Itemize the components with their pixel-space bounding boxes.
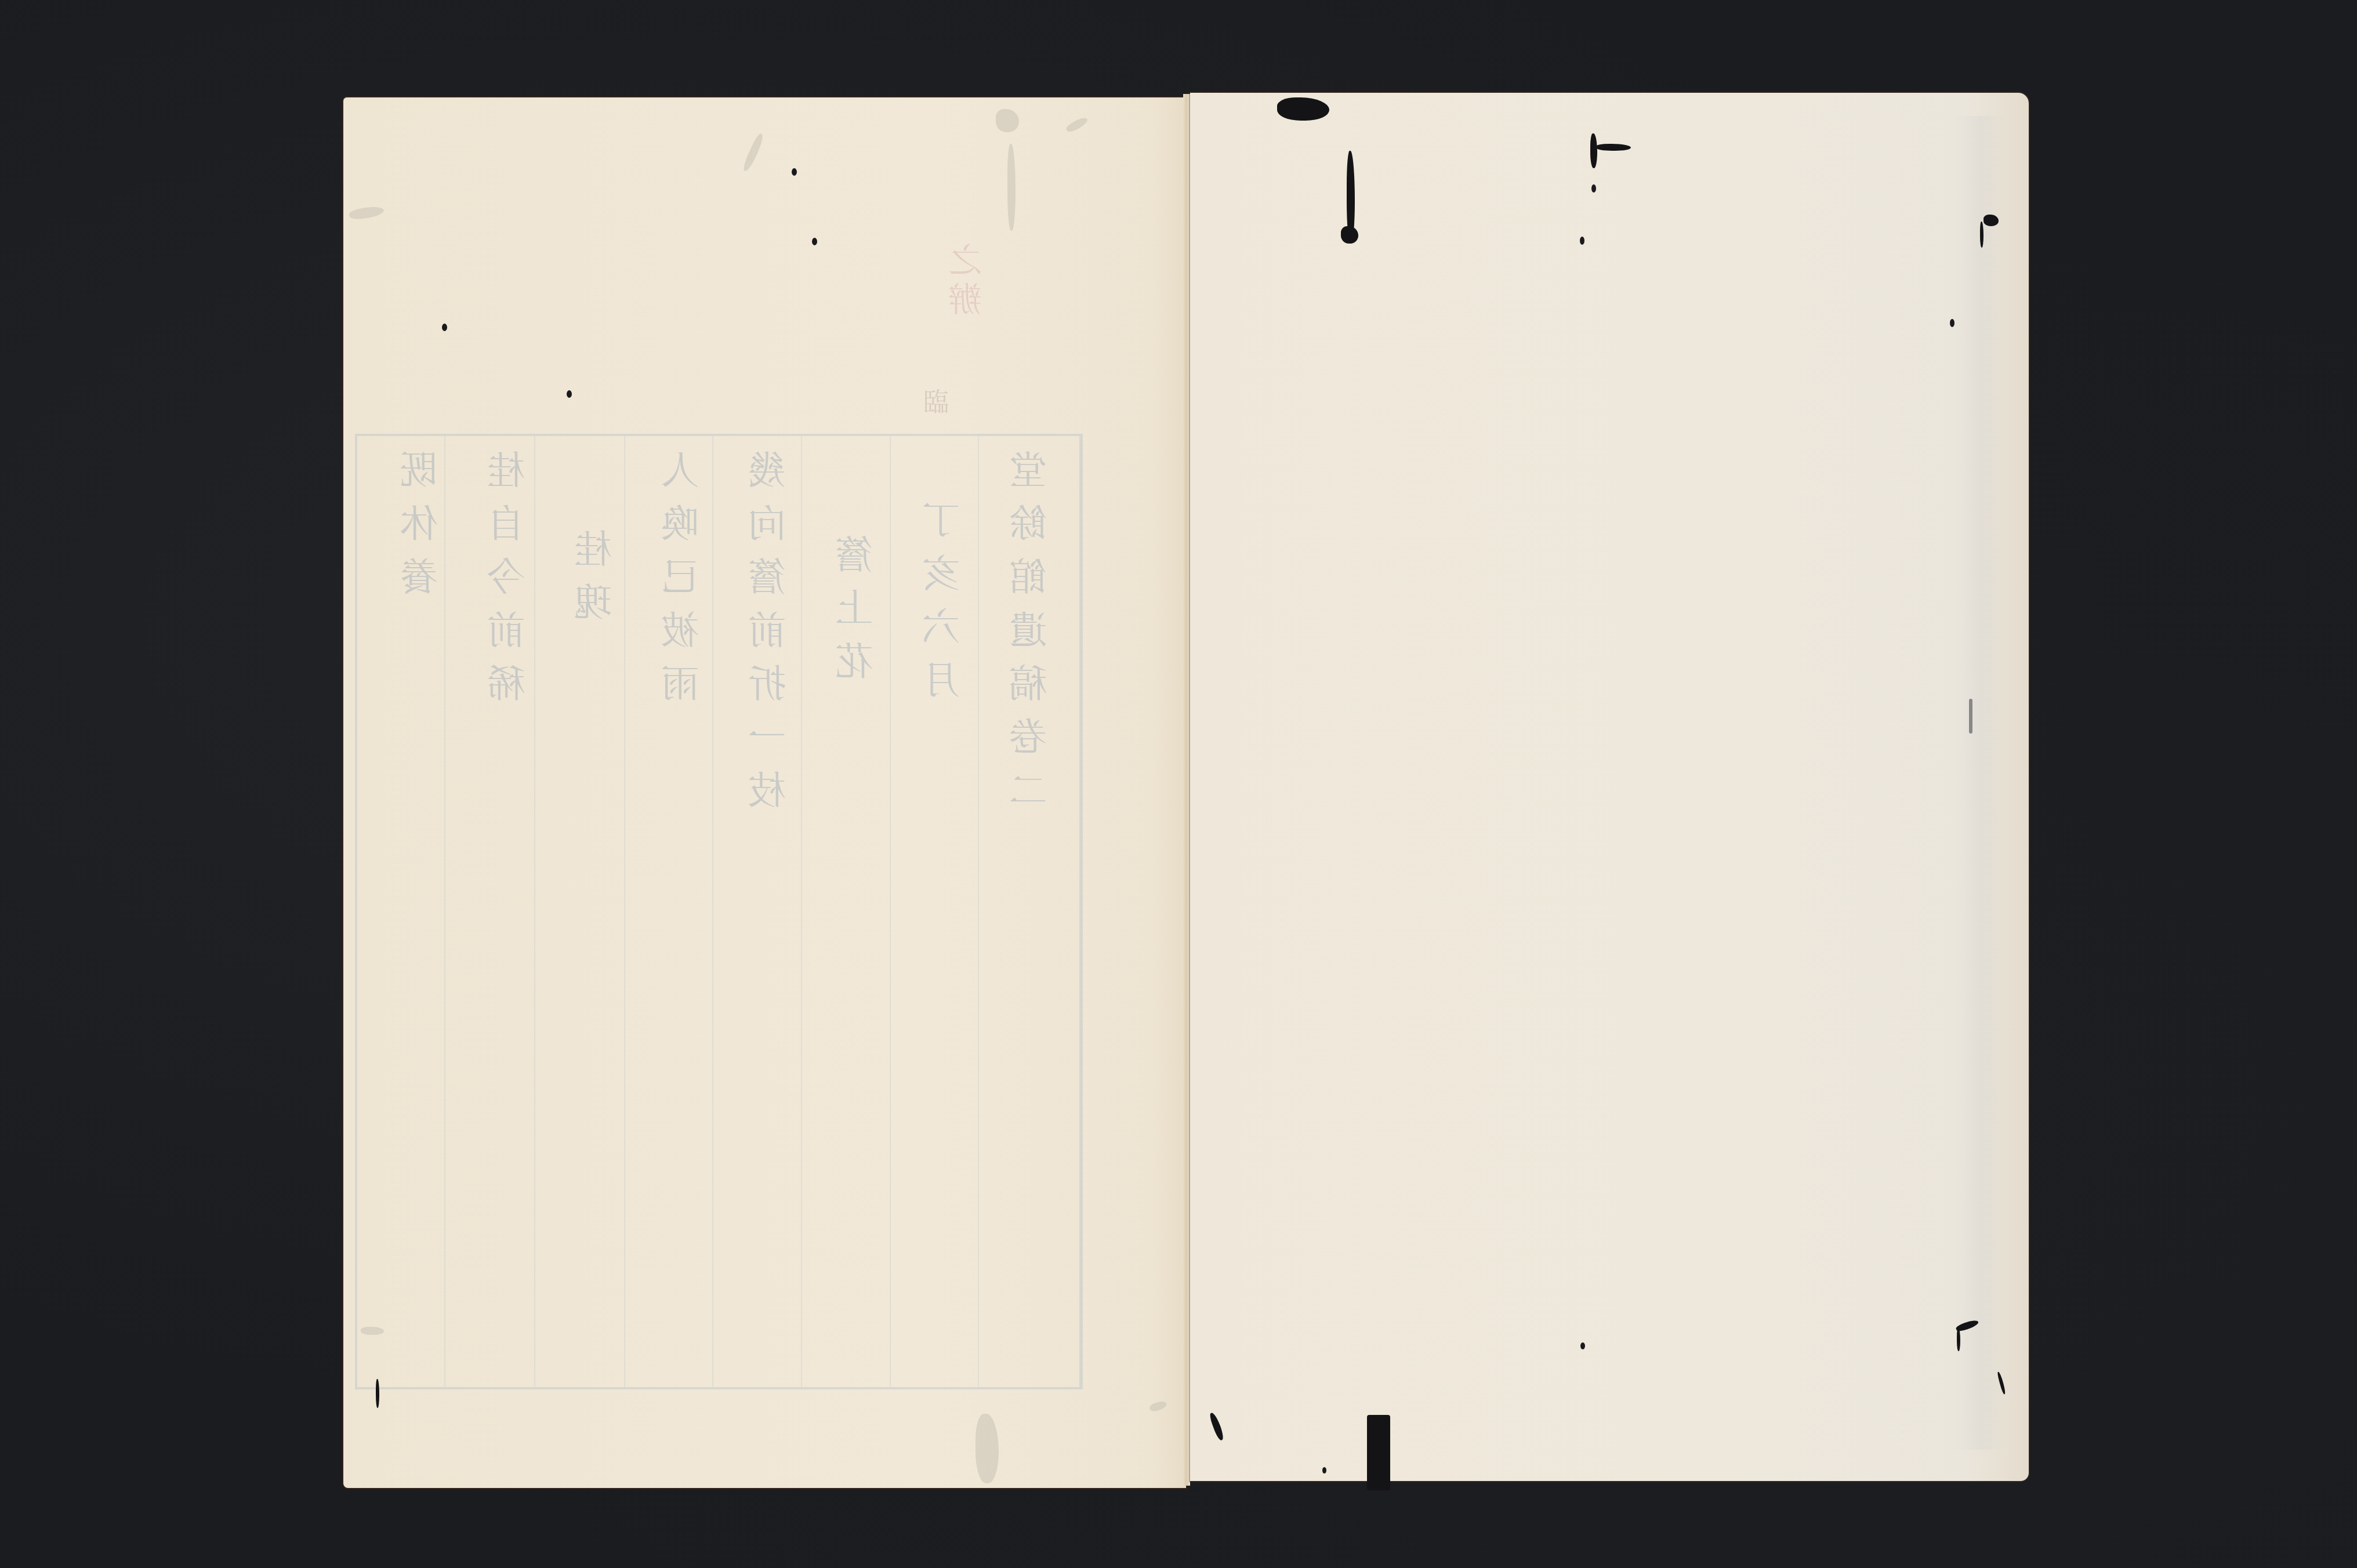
wormhole-trail <box>976 1414 999 1483</box>
wormhole <box>1322 1467 1326 1473</box>
wormhole <box>376 1379 379 1408</box>
column-rule <box>890 436 891 1387</box>
left-page: 之辦 臨 堂餘館遺稿卷二 丁亥六月 簷上花 幾向簷前折一枝 人喚已被雨 桂瑰 桂… <box>343 97 1186 1488</box>
wormhole <box>812 238 817 245</box>
showthrough-shadow <box>1953 116 2006 1450</box>
wormhole <box>1580 237 1584 245</box>
wormhole-trail <box>361 1327 384 1335</box>
wormhole <box>1209 1411 1225 1441</box>
wormhole-trail <box>1065 115 1089 134</box>
wormhole-trail <box>996 109 1019 132</box>
showthrough-column: 桂自今前稀 <box>491 450 529 717</box>
right-page <box>1190 93 2029 1481</box>
showthrough-column: 簷上花 <box>839 535 877 695</box>
column-rule <box>534 436 535 1387</box>
wormhole <box>1591 184 1596 193</box>
small-mark: 臨 <box>923 382 949 419</box>
showthrough-column: 堂餘館遺稿卷二 <box>1013 450 1051 823</box>
torn-notch <box>1367 1415 1390 1490</box>
column-rule <box>712 436 713 1387</box>
edge-wear <box>1969 699 1972 734</box>
wormhole <box>1341 226 1358 244</box>
column-rule <box>978 436 979 1387</box>
showthrough-column: 人喚已被雨 <box>665 450 703 717</box>
column-rule <box>624 436 625 1387</box>
wormhole-trail <box>1149 1399 1168 1413</box>
spine-fold <box>1183 94 1190 1486</box>
wormhole <box>1957 1328 1960 1351</box>
wormhole-trail <box>349 205 385 221</box>
showthrough-text-frame: 堂餘館遺稿卷二 丁亥六月 簷上花 幾向簷前折一枝 人喚已被雨 桂瑰 桂自今前稀 … <box>355 434 1083 1389</box>
showthrough-column: 幾向簷前折一枝 <box>752 450 790 823</box>
wormhole <box>1596 144 1631 151</box>
wormhole <box>1950 319 1955 327</box>
column-rule <box>801 436 802 1387</box>
showthrough-column: 既休養 <box>404 450 442 610</box>
wormhole <box>1983 215 1999 226</box>
wormhole <box>567 390 572 398</box>
wormhole <box>442 324 447 331</box>
wormhole <box>1980 222 1983 248</box>
showthrough-column: 桂瑰 <box>578 529 616 636</box>
wormhole <box>1590 133 1597 168</box>
faint-red-seal: 之辦 <box>944 242 992 321</box>
wormhole <box>792 168 797 176</box>
showthrough-column: 丁亥六月 <box>926 500 964 713</box>
wormhole <box>1277 97 1329 121</box>
wormhole-trail <box>1007 144 1016 231</box>
wormhole <box>1580 1342 1585 1349</box>
wormhole-trail <box>741 132 766 172</box>
